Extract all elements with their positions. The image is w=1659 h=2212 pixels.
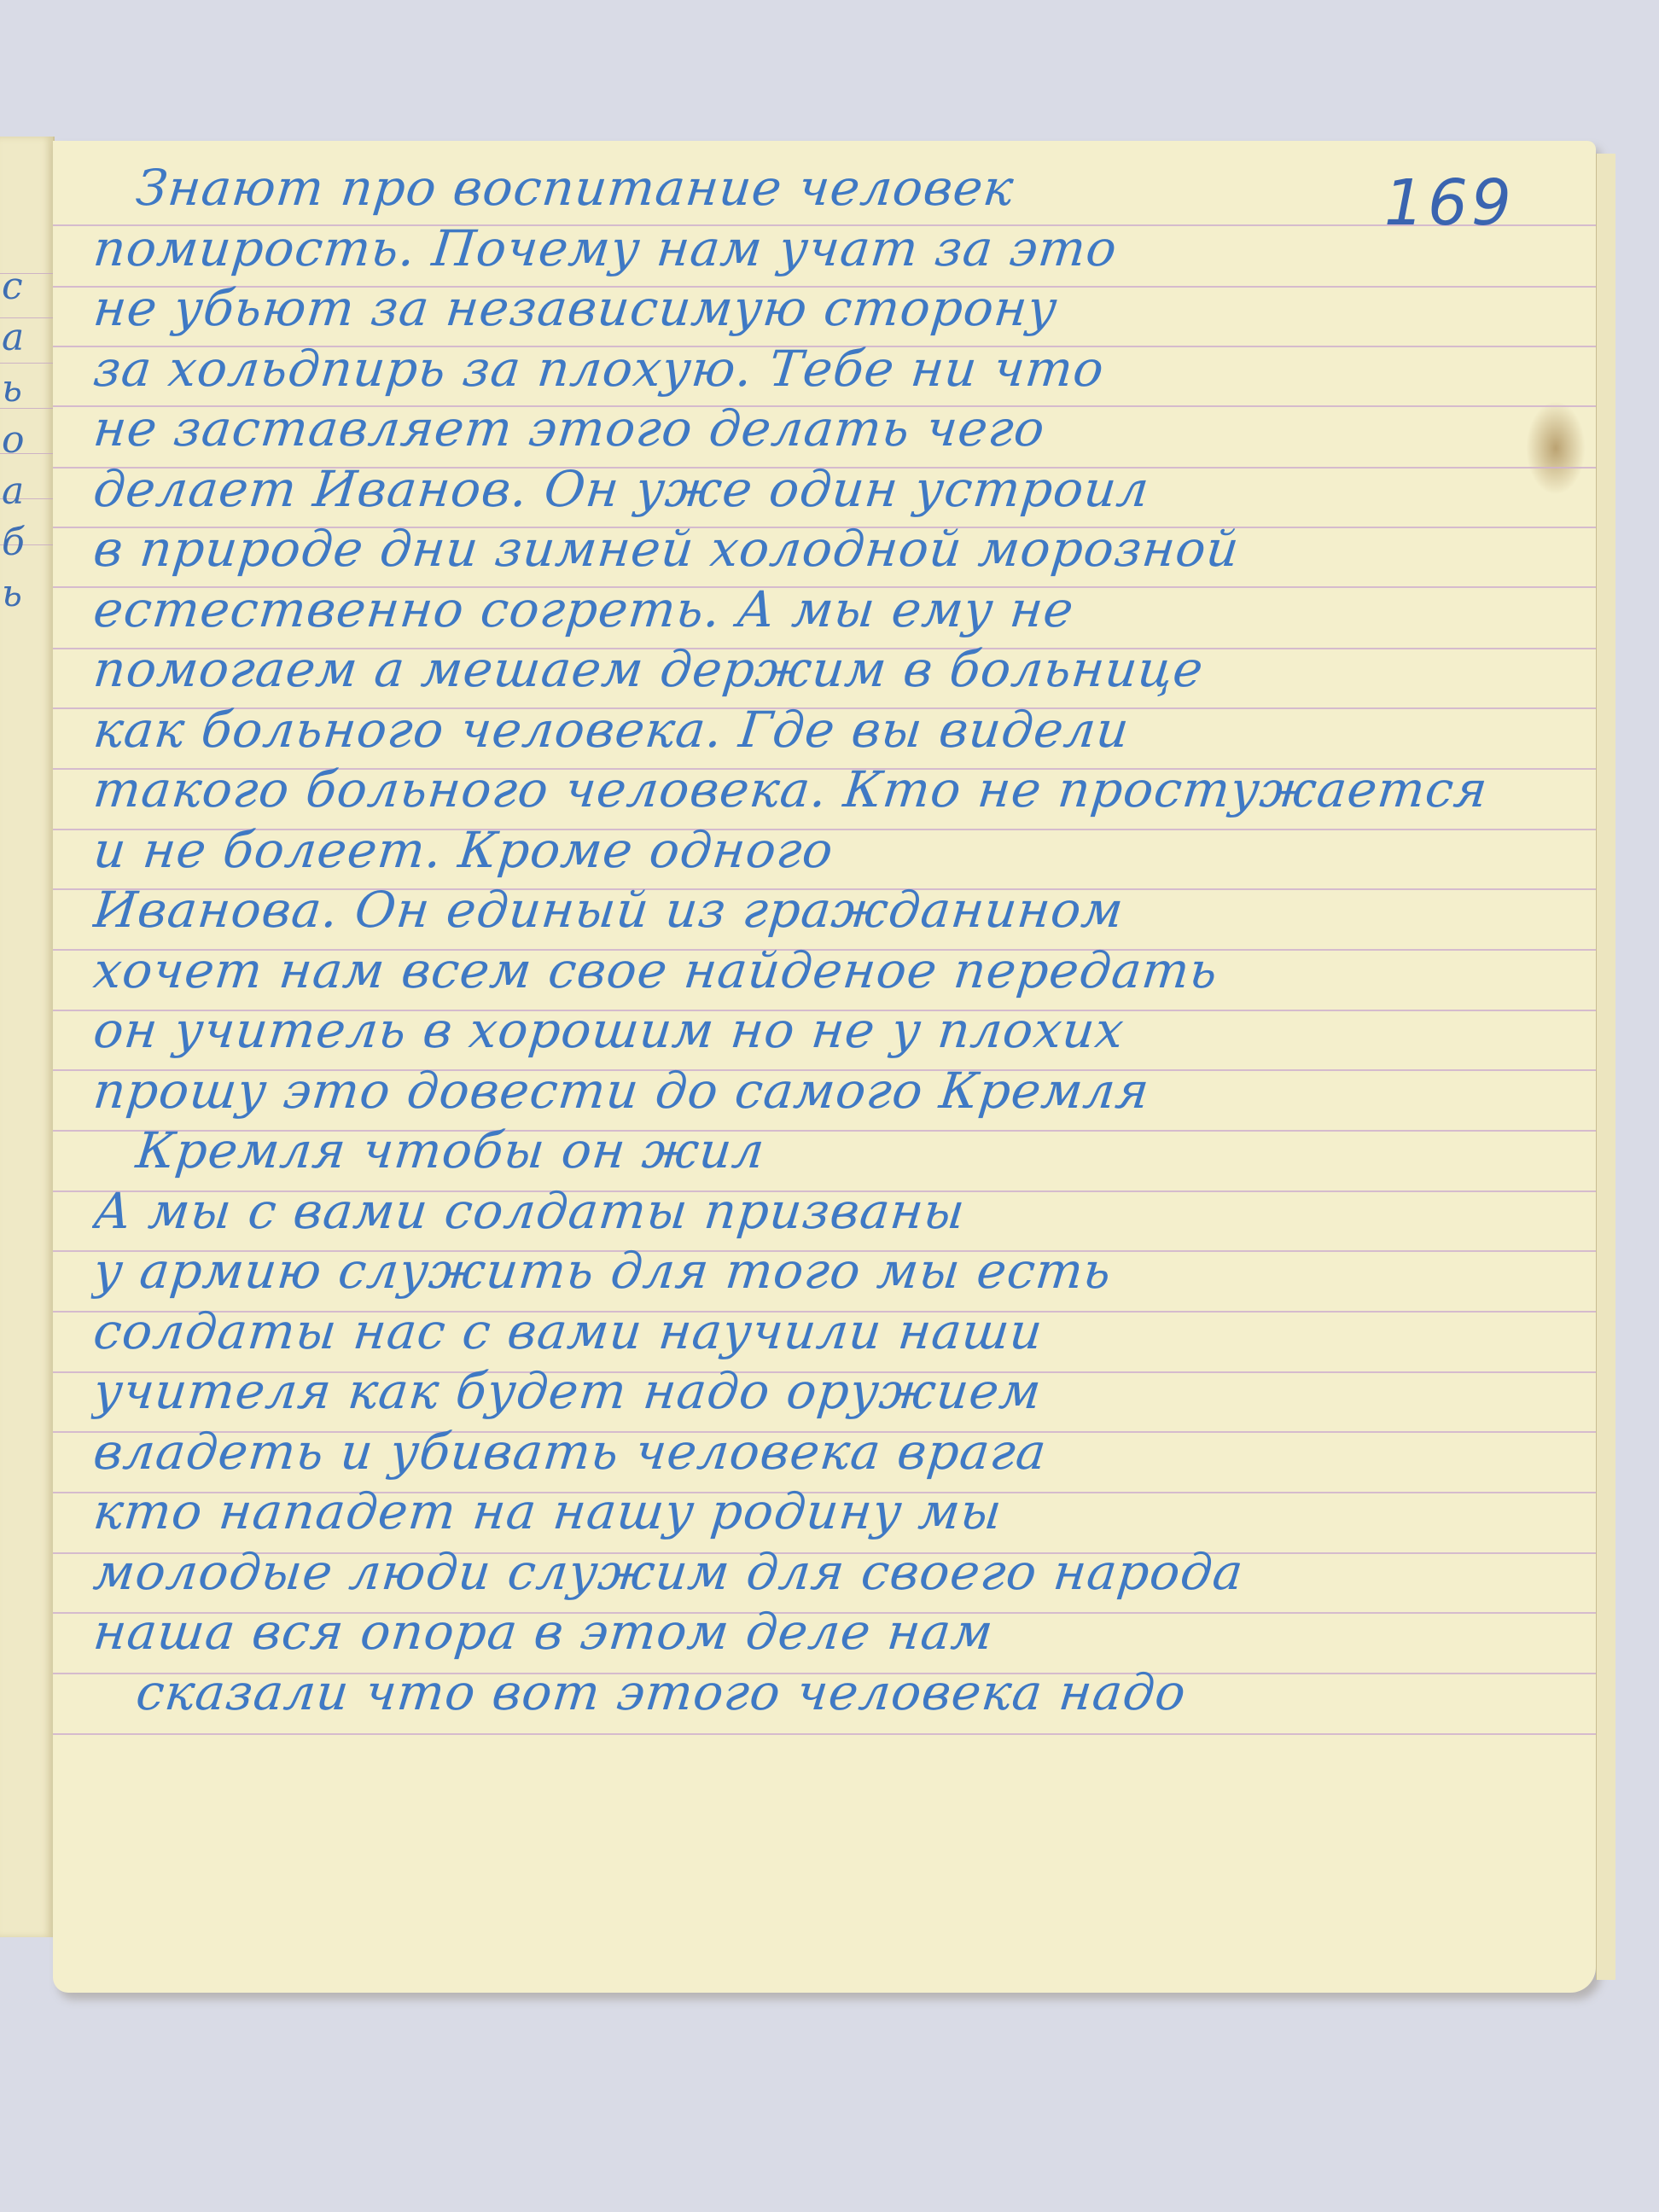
handwritten-text: Знают про воспитание человек помирость. … xyxy=(94,158,1562,1722)
text-line: А мы с вами солдаты призваны xyxy=(90,1181,1564,1242)
text-line: учителя как будет надо оружием xyxy=(90,1361,1564,1422)
margin-fragment: ь xyxy=(2,572,22,615)
page-stack-edge xyxy=(1596,154,1615,1980)
text-line: не убьют за независимую сторону xyxy=(90,278,1564,339)
text-line: Иванова. Он единый из гражданином xyxy=(90,880,1564,940)
text-line: помирость. Почему нам учат за это xyxy=(90,218,1564,279)
notebook-page: 169 Знают про воспитание человек помирос… xyxy=(53,141,1596,1993)
previous-page-edge: с а ь о а б ь xyxy=(0,137,55,1937)
margin-fragment: с xyxy=(2,265,23,308)
text-line: хочет нам всем свое найденое передать xyxy=(90,940,1564,1001)
text-line: прошу это довести до самого Кремля xyxy=(90,1061,1564,1121)
ruled-line xyxy=(0,363,53,364)
text-line: наша вся опора в этом деле нам xyxy=(90,1602,1564,1662)
text-line: за хольдпирь за плохую. Тебе ни что xyxy=(90,339,1564,399)
text-line: как больного человека. Где вы видели xyxy=(90,700,1564,760)
text-line: он учитель в хорошим но не у плохих xyxy=(90,1000,1564,1061)
text-line: владеть и убивать человека врага xyxy=(90,1422,1564,1482)
text-line: у армию служить для того мы есть xyxy=(90,1241,1564,1301)
text-line: делает Иванов. Он уже один устроил xyxy=(90,459,1564,520)
text-line: солдаты нас с вами научили наши xyxy=(90,1301,1564,1362)
text-line: в природе дни зимней холодной морозной xyxy=(90,519,1564,579)
text-line: Знают про воспитание человек xyxy=(90,158,1564,218)
text-line: естественно согреть. А мы ему не xyxy=(90,579,1564,640)
ruled-line xyxy=(53,1733,1596,1735)
text-line: не заставляет этого делать чего xyxy=(90,399,1564,459)
text-line: Кремля чтобы он жил xyxy=(90,1121,1564,1181)
margin-fragment: а xyxy=(2,316,24,359)
margin-fragment: б xyxy=(2,521,25,564)
margin-fragment: ь xyxy=(2,367,22,410)
text-line: помогаем а мешаем держим в больнице xyxy=(90,639,1564,700)
text-line: кто нападет на нашу родину мы xyxy=(90,1481,1564,1542)
margin-fragment: а xyxy=(2,469,24,513)
text-line: и не болеет. Кроме одного xyxy=(90,820,1564,881)
text-line: молодые люди служим для своего народа xyxy=(90,1542,1564,1603)
margin-fragment: о xyxy=(2,418,25,462)
text-line: сказали что вот этого человека надо xyxy=(90,1662,1564,1723)
text-line: такого больного человека. Кто не простуж… xyxy=(90,760,1564,820)
